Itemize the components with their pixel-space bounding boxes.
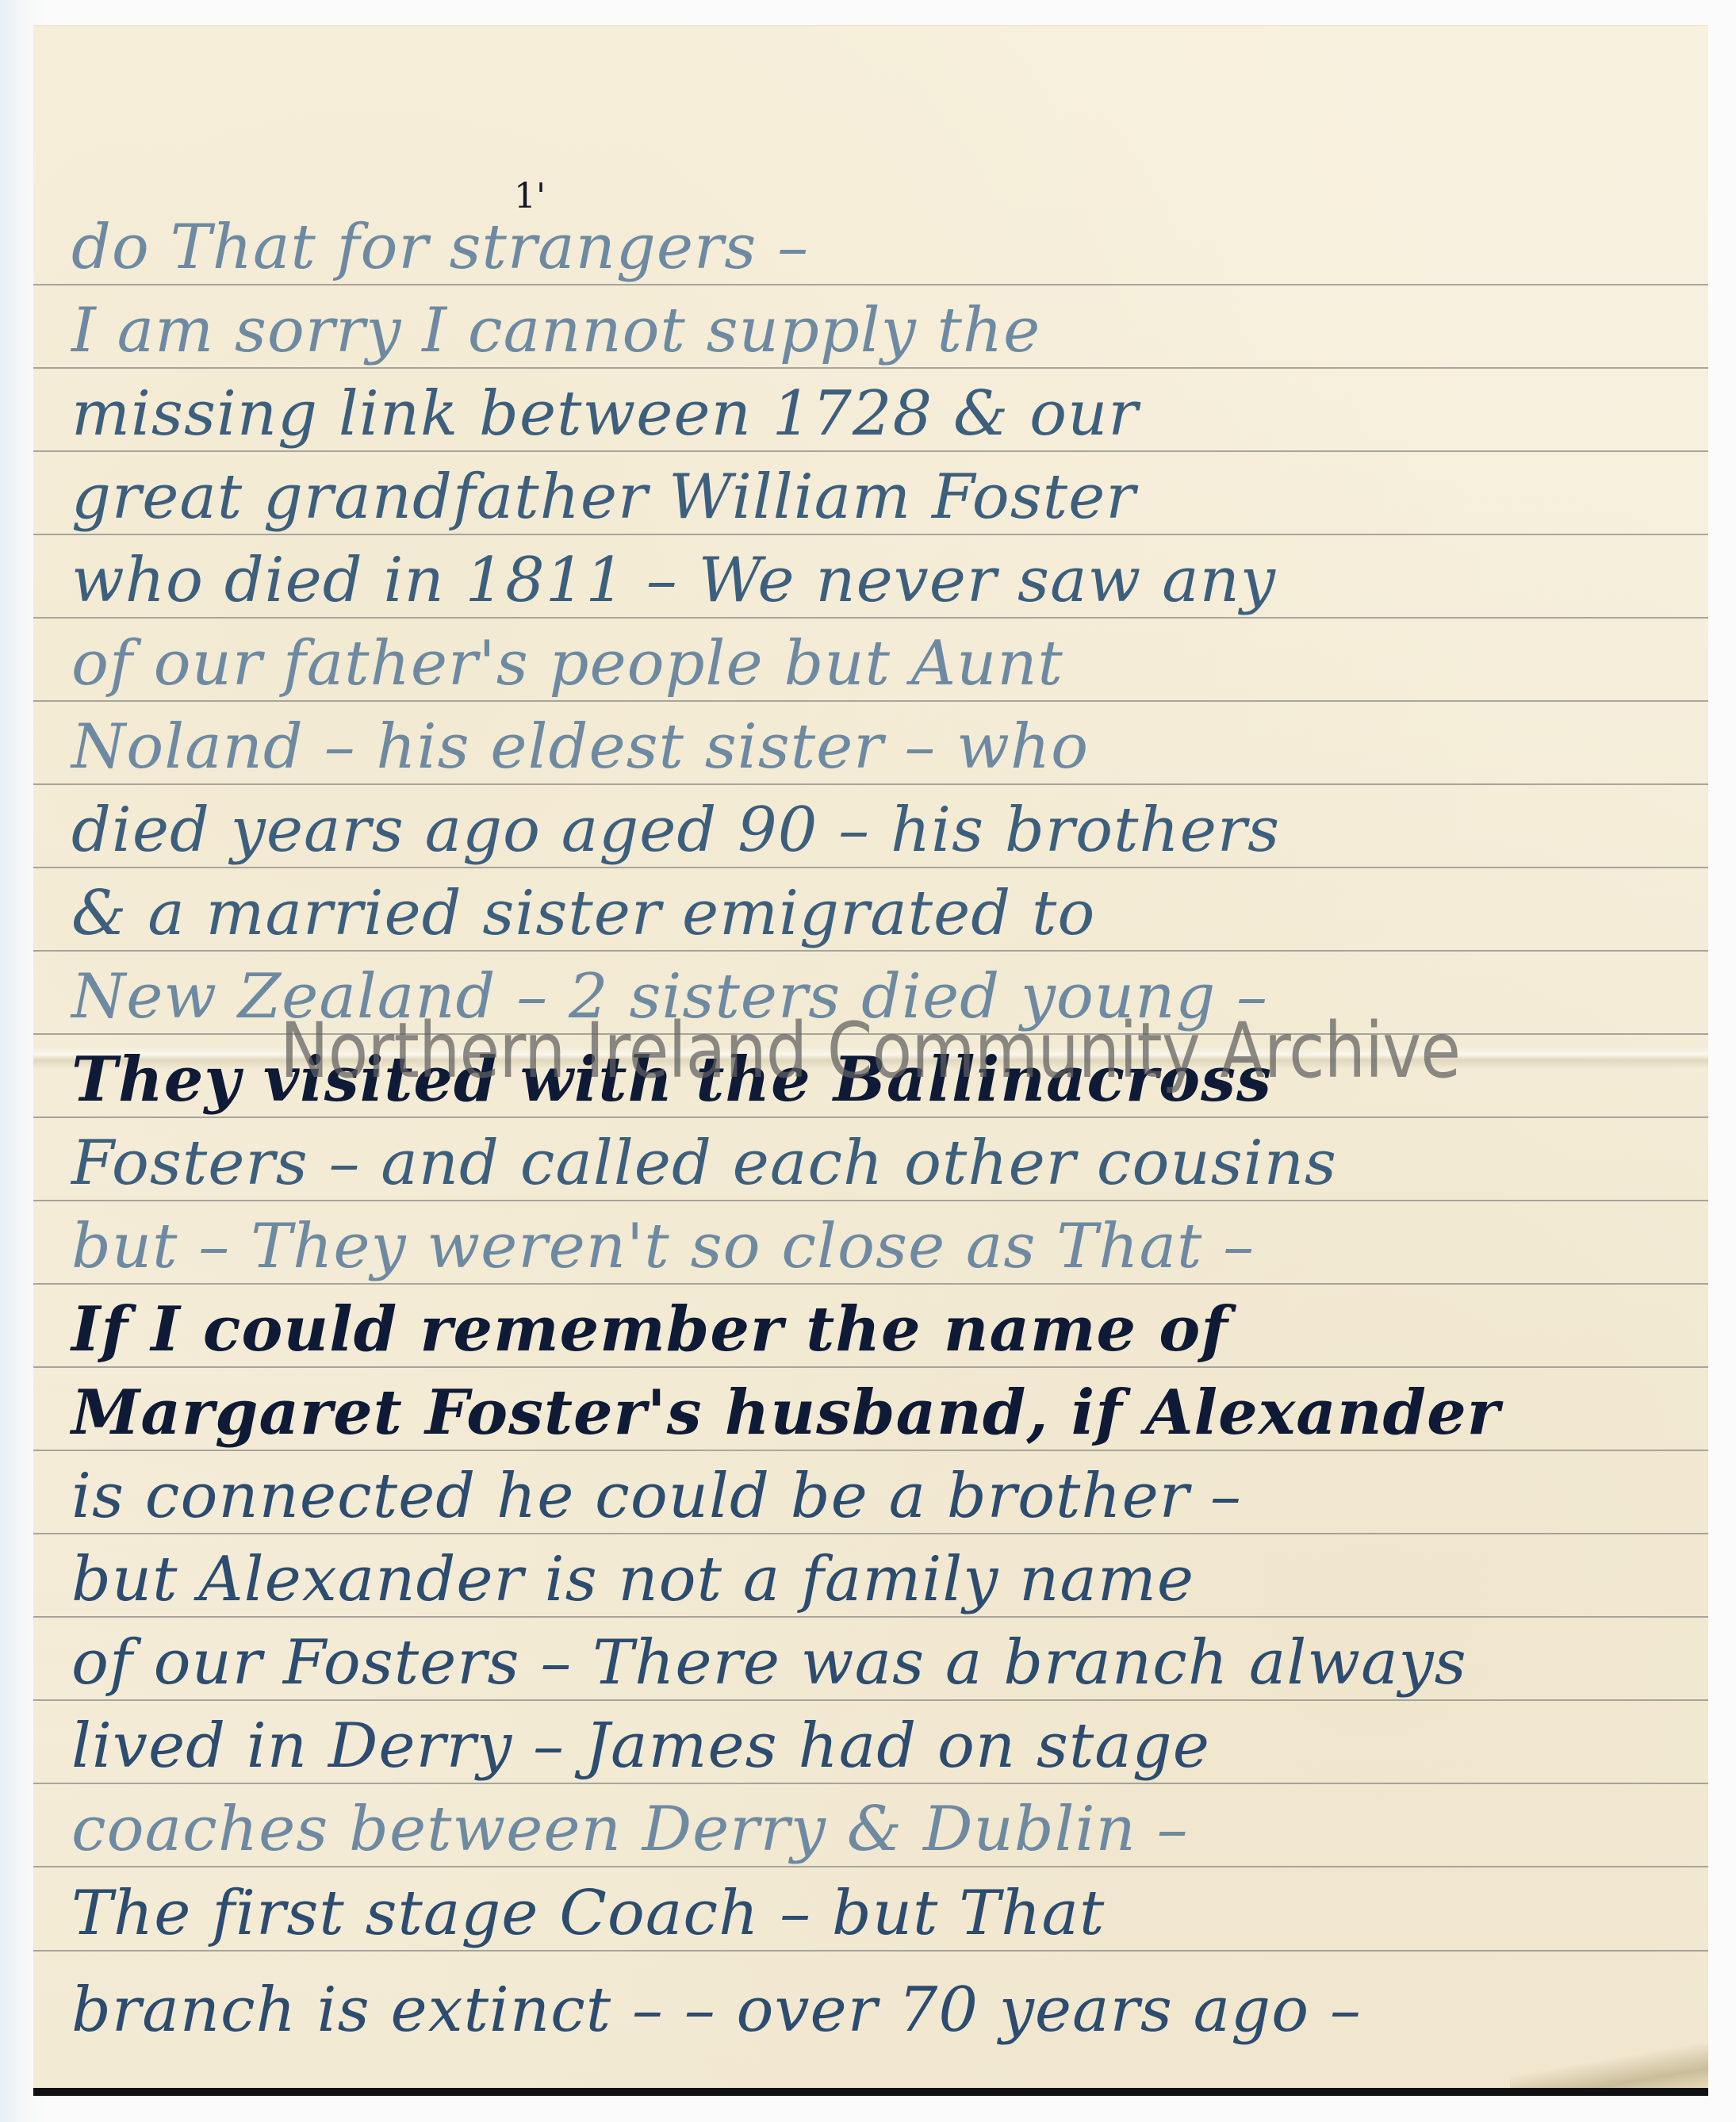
handwritten-line: lived in Derry – James had on stage bbox=[71, 1706, 1689, 1786]
handwritten-line: but Alexander is not a family name bbox=[71, 1540, 1689, 1619]
handwritten-line: of our Fosters – There was a branch alwa… bbox=[71, 1623, 1689, 1703]
handwritten-line: died years ago aged 90 – his brothers bbox=[71, 791, 1689, 870]
handwritten-line: I am sorry I cannot supply the bbox=[71, 291, 1689, 370]
handwritten-line: missing link between 1728 & our bbox=[71, 374, 1689, 454]
handwritten-line: coaches between Derry & Dublin – bbox=[71, 1790, 1689, 1869]
handwritten-line: & a married sister emigrated to bbox=[71, 874, 1689, 953]
handwritten-line: If I could remember the name of bbox=[71, 1290, 1689, 1369]
archive-watermark: Northern Ireland Community Archive bbox=[266, 1007, 1473, 1094]
handwritten-line: do That for strangers – bbox=[71, 208, 1689, 287]
handwritten-line: The first stage Coach – but That bbox=[71, 1874, 1689, 1953]
handwritten-line: Fosters – and called each other cousins bbox=[71, 1124, 1689, 1203]
handwritten-line: branch is extinct – – over 70 years ago … bbox=[71, 1971, 1689, 2050]
handwritten-line: Noland – his eldest sister – who bbox=[71, 707, 1689, 787]
handwritten-line: is connected he could be a brother – bbox=[71, 1457, 1689, 1536]
handwritten-line: of our father's people but Aunt bbox=[71, 624, 1689, 703]
handwritten-line: great grandfather William Foster bbox=[71, 458, 1689, 537]
handwritten-line: but – They weren't so close as That – bbox=[71, 1207, 1689, 1286]
handwritten-line: Margaret Foster's husband, if Alexander bbox=[71, 1373, 1689, 1453]
handwritten-line: who died in 1811 – We never saw any bbox=[71, 541, 1689, 620]
